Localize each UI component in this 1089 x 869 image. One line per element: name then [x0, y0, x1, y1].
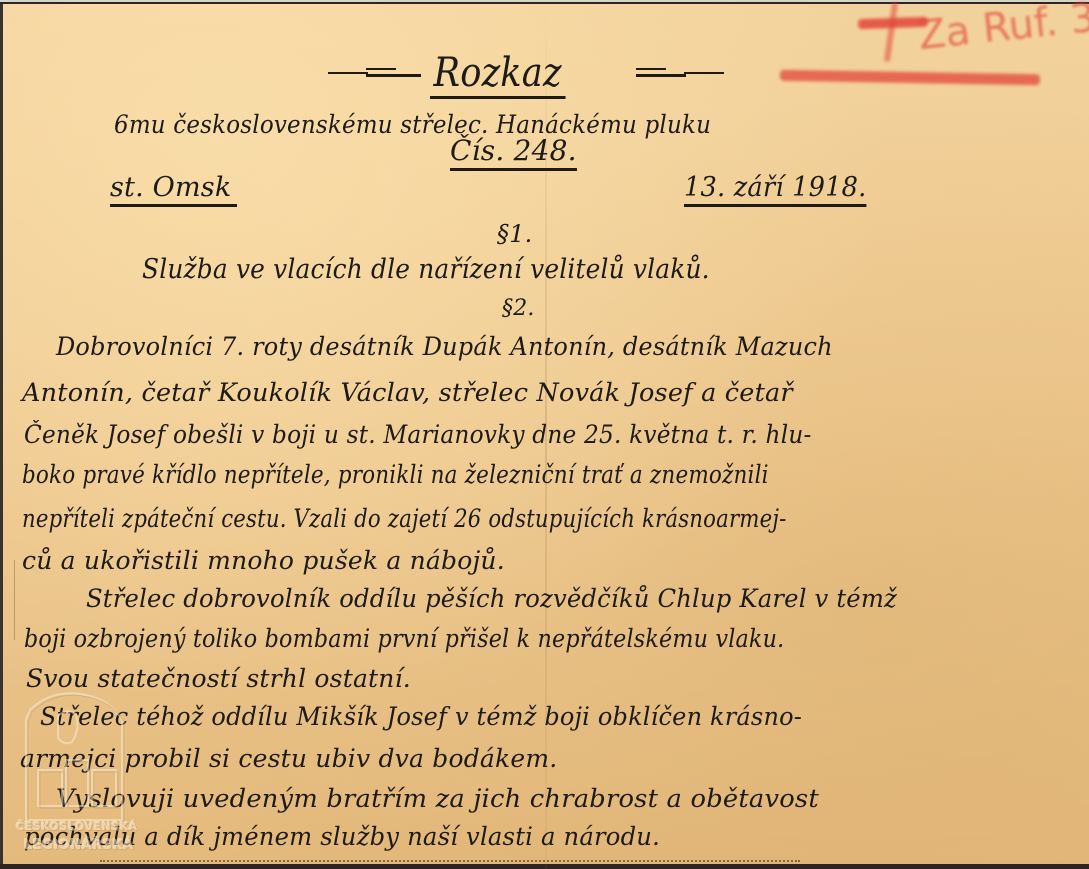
legionnaire-emblem-icon — [10, 680, 138, 830]
body-line: Dobrovolníci 7. roty desátník Dupák Anto… — [56, 332, 833, 361]
cut-off-line — [100, 860, 800, 868]
title-ornament-right — [636, 68, 731, 82]
recipient-line: 6mu československému střelec. Hanáckému … — [114, 110, 711, 139]
body-line: Čeněk Josef obešli v boji u st. Marianov… — [24, 420, 812, 449]
watermark-line-2: LEGIONÁŘSKÁ — [24, 838, 134, 853]
order-number: Čís. 248. — [450, 134, 577, 171]
watermark-line-1: ČESKOSLOVENSKÁ — [16, 820, 138, 833]
section-1-text: Služba ve vlacích dle nařízení velitelů … — [142, 254, 710, 285]
red-pencil-underline — [780, 70, 1040, 86]
body-line: Vyslovuji uvedeným bratřím za jich chrab… — [56, 784, 819, 813]
place: st. Omsk — [110, 172, 237, 207]
body-line: ců a ukořistili mnoho pušek a nábojů. — [22, 546, 505, 575]
body-line: boji ozbrojený toliko bombami první přiš… — [24, 624, 784, 653]
red-annotation: Za Ruf. 3 — [916, 0, 1089, 59]
body-line: Střelec dobrovolník oddílu pěších rozvěd… — [86, 584, 897, 613]
document-scan: Za Ruf. 3 Rozkaz 6mu československému st… — [0, 0, 1089, 869]
scan-left-border — [0, 4, 3, 869]
margin-mark — [14, 560, 15, 640]
body-line: Antonín, četař Koukolík Václav, střelec … — [22, 378, 793, 407]
red-pencil-stroke — [884, 2, 898, 62]
body-line: boko pravé křídlo nepřítele, pronikli na… — [22, 460, 769, 489]
body-line: Střelec téhož oddílu Mikšík Josef v témž… — [40, 702, 802, 731]
legion-watermark: ČESKOSLOVENSKÁ LEGIONÁŘSKÁ — [10, 680, 138, 865]
body-line: nepříteli zpáteční cestu. Vzali do zajet… — [22, 504, 786, 533]
date: 13. září 1918. — [684, 172, 866, 207]
section-2-heading: §2. — [502, 296, 535, 321]
document-title: Rozkaz — [430, 50, 565, 99]
section-1-heading: §1. — [497, 220, 533, 248]
title-ornament-left — [328, 68, 423, 82]
